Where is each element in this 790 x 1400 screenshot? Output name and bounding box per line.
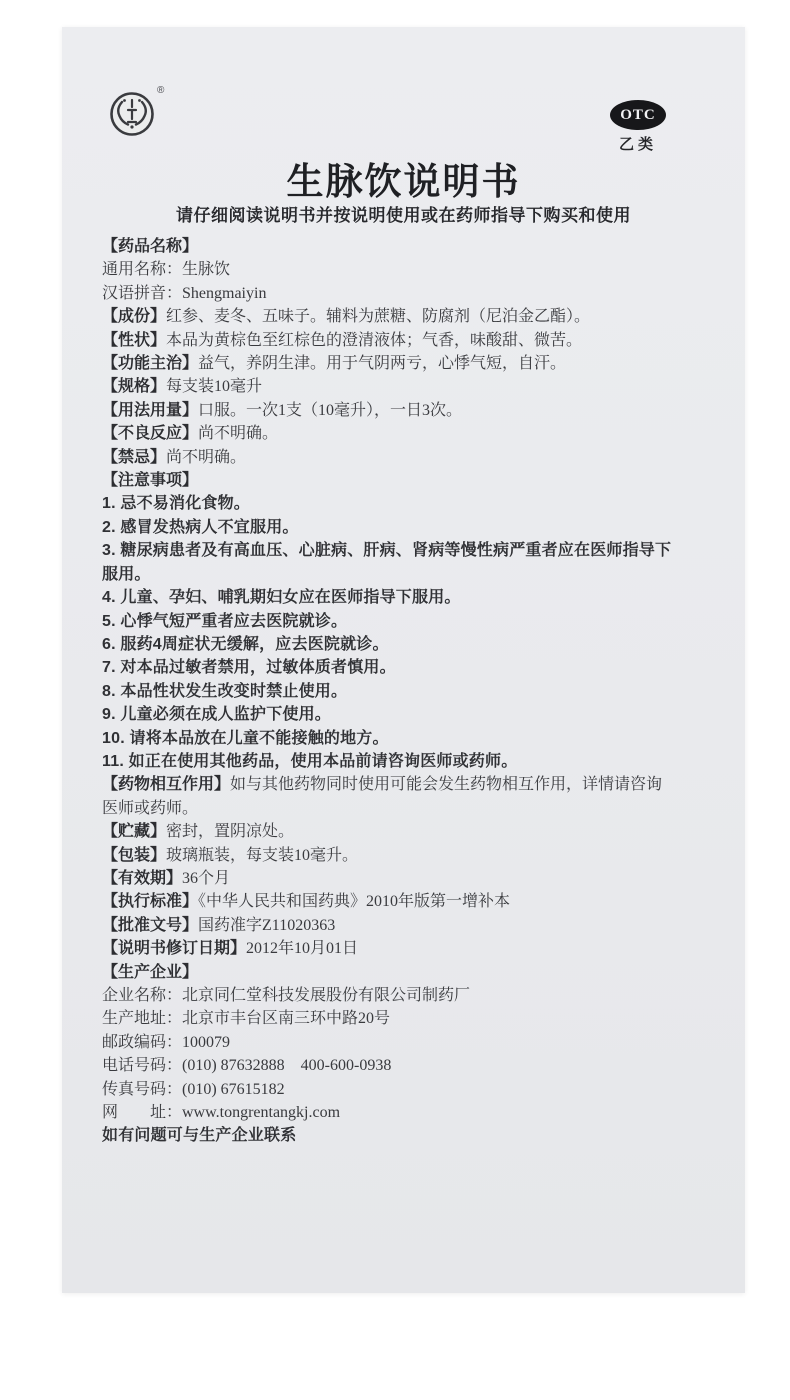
doc-line-text: 2012年10月01日: [246, 940, 358, 957]
doc-line: 医师或药师。: [102, 797, 710, 820]
doc-line: 10. 请将本品放在儿童不能接触的地方。: [102, 727, 710, 750]
doc-line-text: 口服。一次1支（10毫升），一日3次。: [198, 402, 462, 419]
doc-line-heading: 【规格】: [102, 378, 166, 395]
doc-line: 【药物相互作用】如与其他药物同时使用可能会发生药物相互作用，详情请咨询: [102, 773, 710, 796]
doc-line: 4. 儿童、孕妇、哺乳期妇女应在医师指导下服用。: [102, 586, 710, 609]
doc-line-heading: 【贮藏】: [102, 823, 166, 840]
doc-line: 【规格】每支装10毫升: [102, 375, 710, 398]
doc-line-text: 企业名称：北京同仁堂科技发展股份有限公司制药厂: [102, 987, 470, 1004]
doc-line: 【禁忌】尚不明确。: [102, 446, 710, 469]
doc-line-text: 邮政编码：100079: [102, 1034, 230, 1051]
doc-line-text: 红参、麦冬、五味子。辅料为蔗糖、防腐剂（尼泊金乙酯）。: [166, 308, 590, 325]
doc-line-text: 传真号码：(010) 67615182: [102, 1081, 285, 1098]
doc-line-text: 尚不明确。: [166, 449, 246, 466]
otc-badge: OTC 乙类: [608, 100, 668, 154]
doc-line-heading: 【说明书修订日期】: [102, 940, 246, 957]
brand-area: ®: [109, 91, 171, 143]
doc-line: 【说明书修订日期】2012年10月01日: [102, 937, 710, 960]
doc-line-text: 36个月: [182, 870, 230, 887]
doc-line: 6. 服药4周症状无缓解，应去医院就诊。: [102, 633, 710, 656]
doc-line-text: 如有问题可与生产企业联系: [102, 1127, 296, 1144]
leaflet-paper: ® OTC 乙类 生脉饮说明书 请仔细阅读说明书并按说明使用或在药师指导下购买和…: [62, 27, 745, 1293]
doc-line-text: 每支装10毫升: [166, 378, 262, 395]
document-lines: 【药品名称】通用名称：生脉饮汉语拼音：Shengmaiyin【成份】红参、麦冬、…: [102, 235, 710, 1148]
doc-line: 【药品名称】: [102, 235, 710, 258]
doc-line-heading: 【注意事项】: [102, 472, 198, 489]
doc-line: 【功能主治】益气，养阴生津。用于气阴两亏，心悸气短，自汗。: [102, 352, 710, 375]
doc-line-text: 通用名称：生脉饮: [102, 261, 230, 278]
doc-line-heading: 【药物相互作用】: [102, 776, 230, 793]
doc-line: 传真号码：(010) 67615182: [102, 1078, 710, 1101]
doc-line-text: 8. 本品性状发生改变时禁止使用。: [102, 683, 347, 700]
doc-line-heading: 【药品名称】: [102, 238, 198, 255]
doc-line-heading: 【禁忌】: [102, 449, 166, 466]
doc-line: 8. 本品性状发生改变时禁止使用。: [102, 680, 710, 703]
doc-line: 生产地址：北京市丰台区南三环中路20号: [102, 1007, 710, 1030]
doc-line: 电话号码：(010) 87632888 400-600-0938: [102, 1054, 710, 1077]
doc-line-heading: 【批准文号】: [102, 917, 198, 934]
doc-line-text: 汉语拼音：Shengmaiyin: [102, 285, 266, 302]
doc-line: 【包装】玻璃瓶装，每支装10毫升。: [102, 844, 710, 867]
doc-line: 通用名称：生脉饮: [102, 258, 710, 281]
doc-line-text: 尚不明确。: [198, 425, 278, 442]
screenshot-canvas: ® OTC 乙类 生脉饮说明书 请仔细阅读说明书并按说明使用或在药师指导下购买和…: [0, 0, 790, 1400]
doc-line: 服用。: [102, 563, 710, 586]
doc-line: 【有效期】36个月: [102, 867, 710, 890]
doc-line-heading: 【用法用量】: [102, 402, 198, 419]
doc-line: 【批准文号】国药准字Z11020363: [102, 914, 710, 937]
doc-line-heading: 【性状】: [102, 332, 166, 349]
doc-line-text: 7. 对本品过敏者禁用，过敏体质者慎用。: [102, 659, 396, 676]
doc-line-heading: 【功能主治】: [102, 355, 198, 372]
doc-line: 【贮藏】密封，置阴凉处。: [102, 820, 710, 843]
doc-line-text: 本品为黄棕色至红棕色的澄清液体；气香，味酸甜、微苦。: [166, 332, 582, 349]
doc-line: 3. 糖尿病患者及有高血压、心脏病、肝病、肾病等慢性病严重者应在医师指导下: [102, 539, 710, 562]
doc-line-text: 4. 儿童、孕妇、哺乳期妇女应在医师指导下服用。: [102, 589, 461, 606]
doc-line: 【用法用量】口服。一次1支（10毫升），一日3次。: [102, 399, 710, 422]
doc-line: 【生产企业】: [102, 961, 710, 984]
doc-line-text: 9. 儿童必须在成人监护下使用。: [102, 706, 331, 723]
doc-line-text: 如与其他药物同时使用可能会发生药物相互作用，详情请咨询: [230, 776, 662, 793]
doc-line-text: 1. 忌不易消化食物。: [102, 495, 250, 512]
doc-line: 1. 忌不易消化食物。: [102, 492, 710, 515]
doc-line-text: 10. 请将本品放在儿童不能接触的地方。: [102, 730, 389, 747]
registered-trademark-mark: ®: [157, 85, 164, 96]
tongrentang-seal-icon: [109, 91, 155, 137]
doc-line-heading: 【生产企业】: [102, 964, 198, 981]
doc-line-text: 益气，养阴生津。用于气阴两亏，心悸气短，自汗。: [198, 355, 566, 372]
doc-line-text: 电话号码：(010) 87632888 400-600-0938: [102, 1057, 391, 1074]
page-subtitle: 请仔细阅读说明书并按说明使用或在药师指导下购买和使用: [62, 201, 745, 226]
doc-line: 【性状】本品为黄棕色至红棕色的澄清液体；气香，味酸甜、微苦。: [102, 329, 710, 352]
doc-line: 2. 感冒发热病人不宜服用。: [102, 516, 710, 539]
doc-line-text: 网 址：www.tongrentangkj.com: [102, 1104, 340, 1121]
doc-line-heading: 【成份】: [102, 308, 166, 325]
doc-line-text: 《中华人民共和国药典》2010年版第一增补本: [198, 893, 510, 910]
page-title: 生脉饮说明书: [62, 151, 745, 205]
doc-line-text: 服用。: [102, 566, 151, 583]
doc-line-text: 玻璃瓶装，每支装10毫升。: [166, 847, 358, 864]
doc-line: 汉语拼音：Shengmaiyin: [102, 282, 710, 305]
doc-line: 7. 对本品过敏者禁用，过敏体质者慎用。: [102, 656, 710, 679]
otc-oval-icon: OTC: [610, 100, 666, 130]
doc-line-heading: 【有效期】: [102, 870, 182, 887]
doc-line: 企业名称：北京同仁堂科技发展股份有限公司制药厂: [102, 984, 710, 1007]
doc-line: 9. 儿童必须在成人监护下使用。: [102, 703, 710, 726]
doc-line-text: 生产地址：北京市丰台区南三环中路20号: [102, 1010, 390, 1027]
doc-line-text: 密封，置阴凉处。: [166, 823, 294, 840]
doc-line-text: 医师或药师。: [102, 800, 198, 817]
doc-line-text: 6. 服药4周症状无缓解，应去医院就诊。: [102, 636, 389, 653]
doc-line-text: 国药准字Z11020363: [198, 917, 335, 934]
doc-line: 【注意事项】: [102, 469, 710, 492]
doc-line: 5. 心悸气短严重者应去医院就诊。: [102, 610, 710, 633]
doc-line-heading: 【执行标准】: [102, 893, 198, 910]
doc-line: 【不良反应】尚不明确。: [102, 422, 710, 445]
doc-line-text: 3. 糖尿病患者及有高血压、心脏病、肝病、肾病等慢性病严重者应在医师指导下: [102, 542, 671, 559]
doc-line-heading: 【包装】: [102, 847, 166, 864]
doc-line: 【成份】红参、麦冬、五味子。辅料为蔗糖、防腐剂（尼泊金乙酯）。: [102, 305, 710, 328]
doc-line: 网 址：www.tongrentangkj.com: [102, 1101, 710, 1124]
doc-line-text: 5. 心悸气短严重者应去医院就诊。: [102, 613, 347, 630]
doc-line: 邮政编码：100079: [102, 1031, 710, 1054]
doc-line-heading: 【不良反应】: [102, 425, 198, 442]
doc-line-text: 11. 如正在使用其他药品，使用本品前请咨询医师或药师。: [102, 753, 517, 770]
doc-line: 如有问题可与生产企业联系: [102, 1124, 710, 1147]
doc-line: 11. 如正在使用其他药品，使用本品前请咨询医师或药师。: [102, 750, 710, 773]
doc-line-text: 2. 感冒发热病人不宜服用。: [102, 519, 299, 536]
doc-line: 【执行标准】《中华人民共和国药典》2010年版第一增补本: [102, 890, 710, 913]
otc-label: OTC: [620, 107, 656, 124]
